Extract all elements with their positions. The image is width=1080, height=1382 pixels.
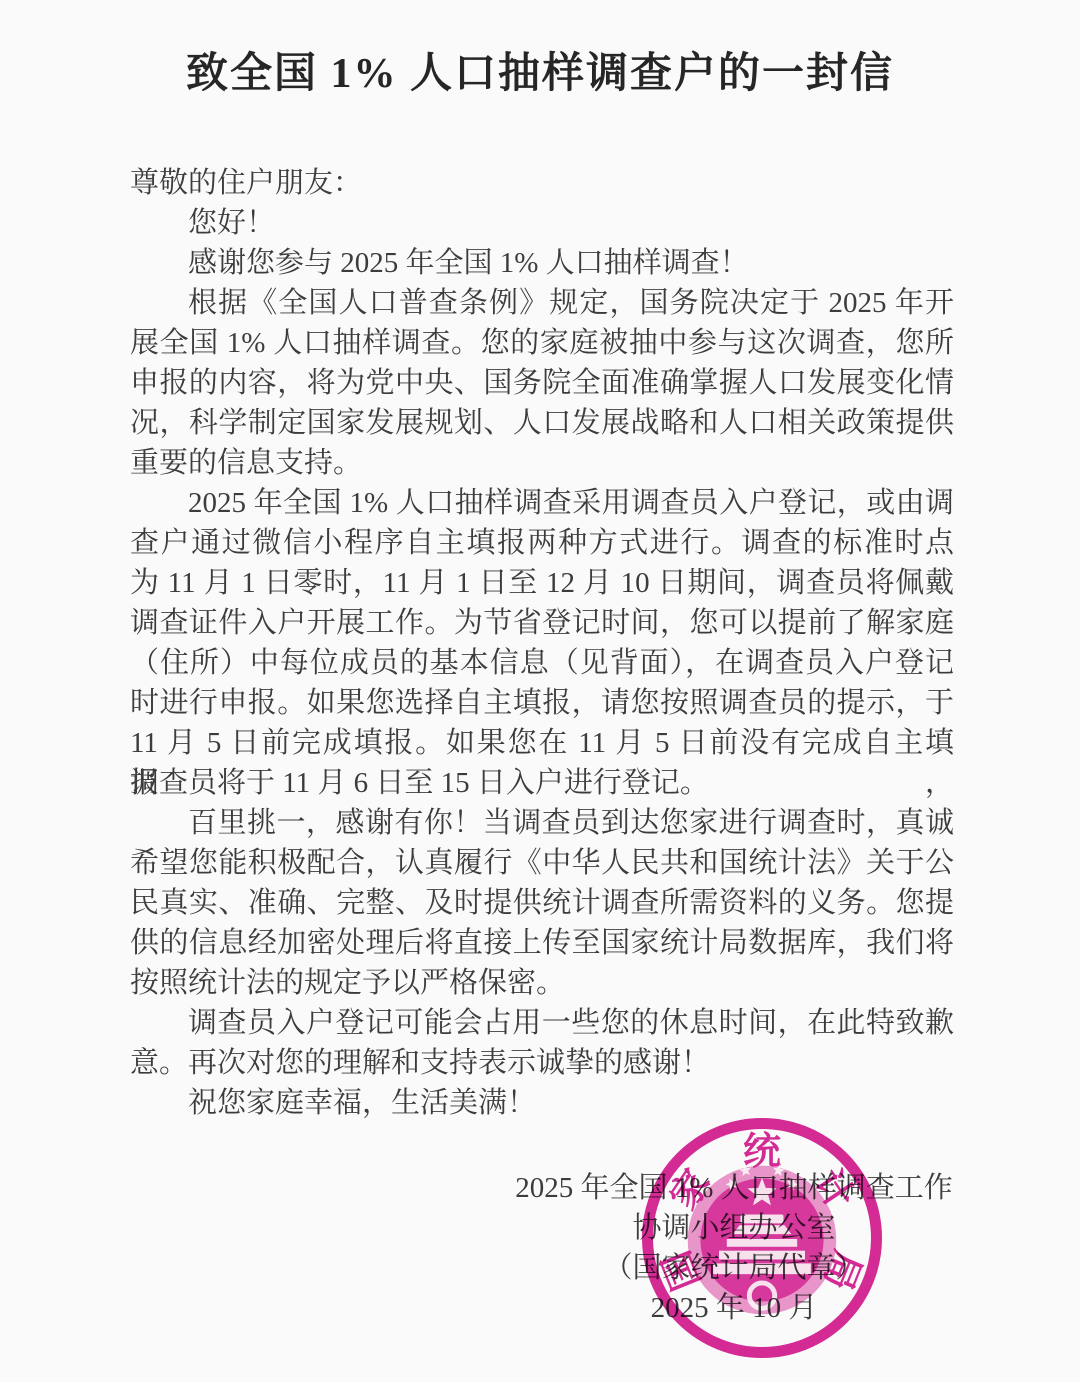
letter-line: 供的信息经加密处理后将直接上传至国家统计局数据库，我们将 xyxy=(130,923,954,963)
letter-line: 调查员入户登记可能会占用一些您的休息时间，在此特致歉 xyxy=(130,1003,954,1043)
letter-line: 调查证件入户开展工作。为节省登记时间，您可以提前了解家庭 xyxy=(130,603,954,643)
signature-line: （国家统计局代章） xyxy=(508,1248,960,1288)
letter-line: 感谢您参与 2025 年全国 1% 人口抽样调查！ xyxy=(130,243,954,283)
letter-line: 百里挑一，感谢有你！当调查员到达您家进行调查时，真诚 xyxy=(130,803,954,843)
stamp-ring-char: 统 xyxy=(743,1133,781,1171)
letter-line: 按照统计法的规定予以严格保密。 xyxy=(130,963,954,1003)
letter-line: 展全国 1% 人口抽样调查。您的家庭被抽中参与这次调查，您所 xyxy=(130,323,954,363)
letter-title: 致全国 1% 人口抽样调查户的一封信 xyxy=(0,40,1080,100)
letter-line: 希望您能积极配合，认真履行《中华人民共和国统计法》关于公 xyxy=(130,843,954,883)
signature-block: 2025 年全国 1% 人口抽样调查工作协调小组办公室（国家统计局代章）2025… xyxy=(508,1168,960,1328)
letter-line: 查户通过微信小程序自主填报两种方式进行。调查的标准时点 xyxy=(130,523,954,563)
letter-line: 民真实、准确、完整、及时提供统计调查所需资料的义务。您提 xyxy=(130,883,954,923)
letter-line: 11 月 5 日前完成填报。如果您在 11 月 5 日前没有完成自主填报， xyxy=(130,723,954,763)
letter-line: 为 11 月 1 日零时，11 月 1 日至 12 月 10 日期间，调查员将佩… xyxy=(130,563,954,603)
letter-line: 尊敬的住户朋友： xyxy=(130,163,954,203)
letter-line: 申报的内容，将为党中央、国务院全面准确掌握人口发展变化情 xyxy=(130,363,954,403)
letter-line: 您好！ xyxy=(130,203,954,243)
signature-line: 协调小组办公室 xyxy=(508,1208,960,1248)
letter-body: 尊敬的住户朋友：您好！感谢您参与 2025 年全国 1% 人口抽样调查！根据《全… xyxy=(130,163,954,1123)
letter-line: 2025 年全国 1% 人口抽样调查采用调查员入户登记，或由调 xyxy=(130,483,954,523)
letter-line: 根据《全国人口普查条例》规定，国务院决定于 2025 年开 xyxy=(130,283,954,323)
letter-line: 时进行申报。如果您选择自主填报，请您按照调查员的提示，于 xyxy=(130,683,954,723)
letter-line: （住所）中每位成员的基本信息（见背面），在调查员入户登记 xyxy=(130,643,954,683)
signature-line: 2025 年全国 1% 人口抽样调查工作 xyxy=(508,1168,960,1208)
signature-line: 2025 年 10 月 xyxy=(508,1288,960,1328)
letter-line: 况，科学制定国家发展规划、人口发展战略和人口相关政策提供 xyxy=(130,403,954,443)
letter-page: 致全国 1% 人口抽样调查户的一封信 尊敬的住户朋友：您好！感谢您参与 2025… xyxy=(0,0,1080,1382)
letter-line: 祝您家庭幸福，生活美满！ xyxy=(130,1083,954,1123)
letter-line: 意。再次对您的理解和支持表示诚挚的感谢！ xyxy=(130,1043,954,1083)
letter-line: 重要的信息支持。 xyxy=(130,443,954,483)
